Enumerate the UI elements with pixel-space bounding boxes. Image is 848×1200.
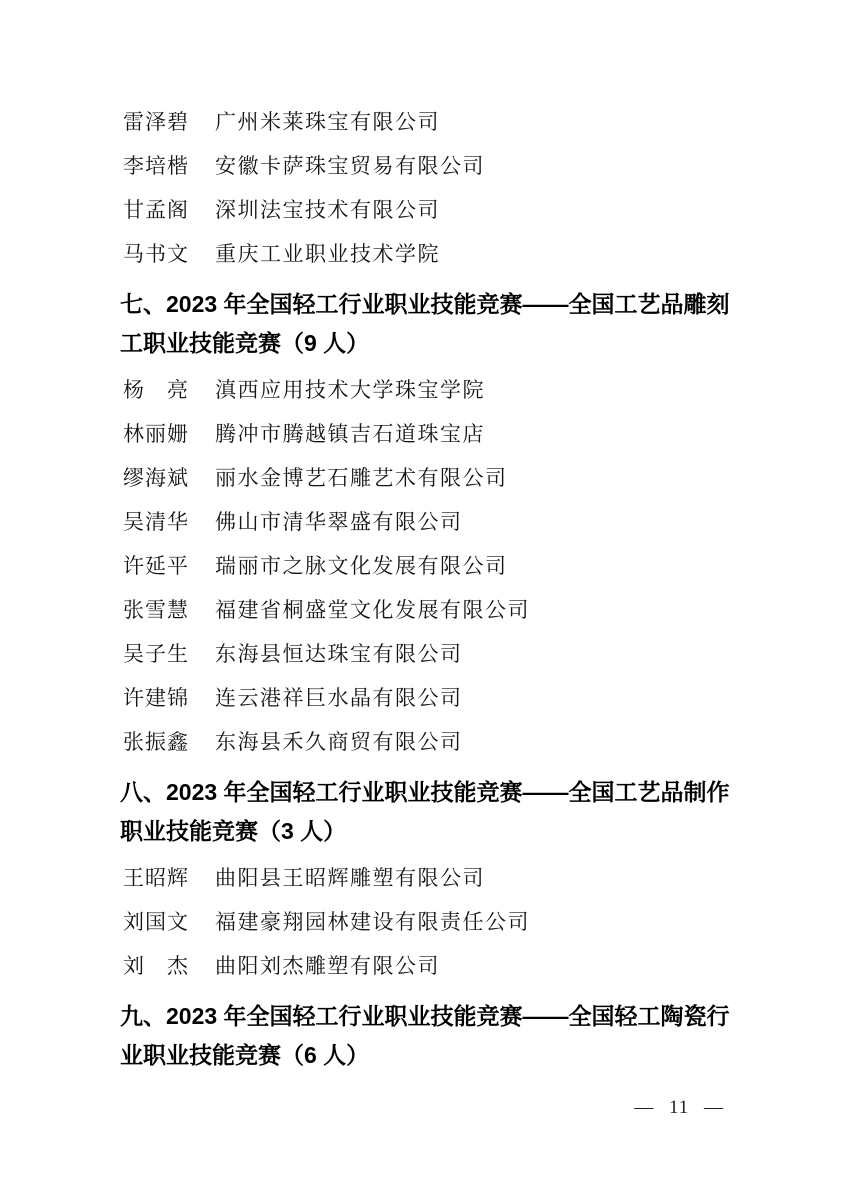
entry-name: 张雪慧 [123, 597, 191, 623]
entry-name: 雷泽碧 [123, 109, 191, 135]
entry-name: 杨 亮 [123, 377, 191, 403]
section-9-heading: 九、2023 年全国轻工行业职业技能竞赛——全国轻工陶瓷行 业职业技能竞赛（6 … [120, 997, 732, 1075]
entry-name: 许延平 [123, 553, 191, 579]
entry-row: 张振鑫 东海县禾久商贸有限公司 [120, 729, 732, 755]
section-heading-line: 七、2023 年全国轻工行业职业技能竞赛——全国工艺品雕刻 [120, 285, 732, 324]
entry-name: 马书文 [123, 241, 191, 267]
entry-org: 广州米莱珠宝有限公司 [215, 109, 440, 135]
entry-row: 吴子生 东海县恒达珠宝有限公司 [120, 641, 732, 667]
entry-org: 福建豪翔园林建设有限责任公司 [215, 909, 530, 935]
entry-row: 许延平 瑞丽市之脉文化发展有限公司 [120, 553, 732, 579]
entry-name: 甘孟阁 [123, 197, 191, 223]
entry-row: 刘国文 福建豪翔园林建设有限责任公司 [120, 909, 732, 935]
entry-name: 许建锦 [123, 685, 191, 711]
section-heading-line: 八、2023 年全国轻工行业职业技能竞赛——全国工艺品制作 [120, 773, 732, 812]
entry-org: 瑞丽市之脉文化发展有限公司 [215, 553, 508, 579]
entry-org: 曲阳县王昭辉雕塑有限公司 [215, 865, 485, 891]
entry-row: 林丽姗 腾冲市腾越镇吉石道珠宝店 [120, 421, 732, 447]
entry-name: 张振鑫 [123, 729, 191, 755]
entry-row: 杨 亮 滇西应用技术大学珠宝学院 [120, 377, 732, 403]
entry-row: 王昭辉 曲阳县王昭辉雕塑有限公司 [120, 865, 732, 891]
entry-org: 丽水金博艺石雕艺术有限公司 [215, 465, 508, 491]
document-page: 雷泽碧 广州米莱珠宝有限公司 李培楷 安徽卡萨珠宝贸易有限公司 甘孟阁 深圳法宝… [0, 0, 848, 1200]
entry-org: 重庆工业职业技术学院 [215, 241, 440, 267]
entry-name: 刘 杰 [123, 953, 191, 979]
entry-row: 甘孟阁 深圳法宝技术有限公司 [120, 197, 732, 223]
section-7-heading: 七、2023 年全国轻工行业职业技能竞赛——全国工艺品雕刻 工职业技能竞赛（9 … [120, 285, 732, 363]
entry-org: 安徽卡萨珠宝贸易有限公司 [215, 153, 485, 179]
entry-org: 曲阳刘杰雕塑有限公司 [215, 953, 440, 979]
entry-org: 滇西应用技术大学珠宝学院 [215, 377, 485, 403]
entry-org: 福建省桐盛堂文化发展有限公司 [215, 597, 530, 623]
section-7-entry-list: 杨 亮 滇西应用技术大学珠宝学院 林丽姗 腾冲市腾越镇吉石道珠宝店 缪海斌 丽水… [120, 377, 732, 755]
entry-name: 吴清华 [123, 509, 191, 535]
entry-name: 林丽姗 [123, 421, 191, 447]
entry-row: 马书文 重庆工业职业技术学院 [120, 241, 732, 267]
entry-org: 东海县恒达珠宝有限公司 [215, 641, 463, 667]
entry-row: 吴清华 佛山市清华翠盛有限公司 [120, 509, 732, 535]
entry-name: 刘国文 [123, 909, 191, 935]
section-heading-line: 职业技能竞赛（3 人） [120, 812, 732, 851]
entry-row: 许建锦 连云港祥巨水晶有限公司 [120, 685, 732, 711]
entry-name: 缪海斌 [123, 465, 191, 491]
section-8-heading: 八、2023 年全国轻工行业职业技能竞赛——全国工艺品制作 职业技能竞赛（3 人… [120, 773, 732, 851]
entry-row: 李培楷 安徽卡萨珠宝贸易有限公司 [120, 153, 732, 179]
entry-org: 佛山市清华翠盛有限公司 [215, 509, 463, 535]
section-heading-line: 业职业技能竞赛（6 人） [120, 1036, 732, 1075]
page-number: — 11 — [634, 1097, 724, 1119]
section-heading-line: 九、2023 年全国轻工行业职业技能竞赛——全国轻工陶瓷行 [120, 997, 732, 1036]
entry-org: 深圳法宝技术有限公司 [215, 197, 440, 223]
entry-org: 腾冲市腾越镇吉石道珠宝店 [215, 421, 485, 447]
entry-row: 刘 杰 曲阳刘杰雕塑有限公司 [120, 953, 732, 979]
entry-row: 缪海斌 丽水金博艺石雕艺术有限公司 [120, 465, 732, 491]
entry-list-continued: 雷泽碧 广州米莱珠宝有限公司 李培楷 安徽卡萨珠宝贸易有限公司 甘孟阁 深圳法宝… [120, 109, 732, 267]
entry-name: 李培楷 [123, 153, 191, 179]
entry-org: 东海县禾久商贸有限公司 [215, 729, 463, 755]
entry-row: 雷泽碧 广州米莱珠宝有限公司 [120, 109, 732, 135]
entry-row: 张雪慧 福建省桐盛堂文化发展有限公司 [120, 597, 732, 623]
entry-org: 连云港祥巨水晶有限公司 [215, 685, 463, 711]
section-heading-line: 工职业技能竞赛（9 人） [120, 324, 732, 363]
entry-name: 王昭辉 [123, 865, 191, 891]
section-8-entry-list: 王昭辉 曲阳县王昭辉雕塑有限公司 刘国文 福建豪翔园林建设有限责任公司 刘 杰 … [120, 865, 732, 979]
entry-name: 吴子生 [123, 641, 191, 667]
